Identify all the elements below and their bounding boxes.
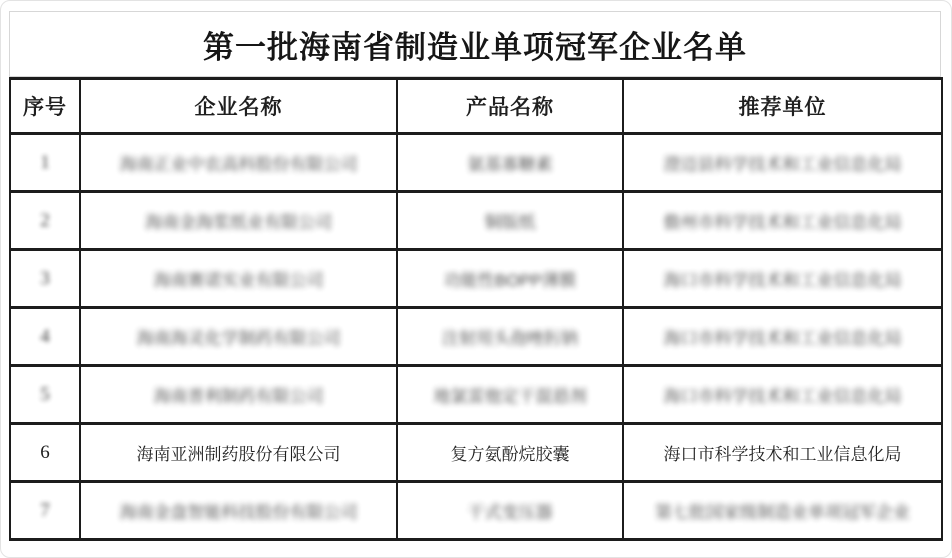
enterprise-cell: 海南金海浆纸业有限公司 [80, 192, 397, 250]
column-header-enterprise: 企业名称 [80, 79, 397, 134]
column-header-recommender: 推荐单位 [623, 79, 942, 134]
table-header: 序号 企业名称 产品名称 推荐单位 [10, 79, 942, 134]
product-cell: 氨基寡糖素 [397, 134, 623, 192]
serial-cell: 5 [10, 366, 80, 424]
serial-cell: 3 [10, 250, 80, 308]
serial-cell: 6 [10, 424, 80, 482]
recommender-cell: 海口市科学技术和工业信息化局 [623, 250, 942, 308]
enterprise-cell: 海南赛诺实业有限公司 [80, 250, 397, 308]
serial-text: 4 [40, 326, 50, 347]
document-page: 第一批海南省制造业单项冠军企业名单 序号 企业名称 产品名称 推荐单位 1 海南… [0, 0, 952, 558]
serial-text: 2 [40, 210, 50, 231]
product-text: 铜版纸 [485, 213, 536, 232]
product-cell: 干式变压器 [397, 482, 623, 540]
enterprise-cell: 海南普利制药有限公司 [80, 366, 397, 424]
serial-text: 3 [40, 268, 50, 289]
product-text: 干式变压器 [468, 503, 553, 522]
recommender-cell: 海口市科学技术和工业信息化局 [623, 424, 942, 482]
serial-text: 1 [40, 152, 50, 173]
recommender-cell: 澄迈县科学技术和工业信息化局 [623, 134, 942, 192]
column-header-product: 产品名称 [397, 79, 623, 134]
enterprise-text: 海南普利制药有限公司 [154, 387, 324, 406]
recommender-text: 海口市科学技术和工业信息化局 [664, 387, 902, 406]
recommender-text: 儋州市科学技术和工业信息化局 [664, 213, 902, 232]
table-body: 1 海南正业中农高科股份有限公司 氨基寡糖素 澄迈县科学技术和工业信息化局 2 … [10, 134, 942, 540]
product-cell: 功能性BOPP薄膜 [397, 250, 623, 308]
table-row: 3 海南赛诺实业有限公司 功能性BOPP薄膜 海口市科学技术和工业信息化局 [10, 250, 942, 308]
enterprise-text: 海南金盘智能科技股份有限公司 [120, 503, 358, 522]
enterprise-text: 海南金海浆纸业有限公司 [145, 213, 332, 232]
table-row: 5 海南普利制药有限公司 地氯雷他定干混悬剂 海口市科学技术和工业信息化局 [10, 366, 942, 424]
serial-text: 5 [40, 384, 50, 405]
table-title-box: 第一批海南省制造业单项冠军企业名单 [9, 11, 941, 77]
enterprise-text: 海南赛诺实业有限公司 [154, 271, 324, 290]
product-text: 氨基寡糖素 [468, 155, 553, 174]
table-row: 1 海南正业中农高科股份有限公司 氨基寡糖素 澄迈县科学技术和工业信息化局 [10, 134, 942, 192]
table-row: 6 海南亚洲制药股份有限公司 复方氨酚烷胶囊 海口市科学技术和工业信息化局 [10, 424, 942, 482]
product-cell: 注射用头孢唑肟钠 [397, 308, 623, 366]
product-cell: 地氯雷他定干混悬剂 [397, 366, 623, 424]
recommender-cell: 第七批国家级制造业单项冠军企业 [623, 482, 942, 540]
header-row: 序号 企业名称 产品名称 推荐单位 [10, 79, 942, 134]
table-row: 4 海南海灵化学制药有限公司 注射用头孢唑肟钠 海口市科学技术和工业信息化局 [10, 308, 942, 366]
recommender-text: 海口市科学技术和工业信息化局 [664, 329, 902, 348]
enterprise-text: 海南亚洲制药股份有限公司 [137, 445, 341, 464]
serial-cell: 1 [10, 134, 80, 192]
table-row: 7 海南金盘智能科技股份有限公司 干式变压器 第七批国家级制造业单项冠军企业 [10, 482, 942, 540]
enterprise-cell: 海南正业中农高科股份有限公司 [80, 134, 397, 192]
product-text: 注射用头孢唑肟钠 [442, 329, 578, 348]
recommender-cell: 海口市科学技术和工业信息化局 [623, 366, 942, 424]
serial-text: 7 [40, 500, 50, 521]
table-row: 2 海南金海浆纸业有限公司 铜版纸 儋州市科学技术和工业信息化局 [10, 192, 942, 250]
product-cell: 铜版纸 [397, 192, 623, 250]
champion-enterprise-table: 序号 企业名称 产品名称 推荐单位 1 海南正业中农高科股份有限公司 氨基寡糖素… [9, 77, 943, 541]
recommender-text: 第七批国家级制造业单项冠军企业 [655, 503, 910, 522]
recommender-text: 澄迈县科学技术和工业信息化局 [664, 155, 902, 174]
product-text: 复方氨酚烷胶囊 [451, 445, 570, 464]
recommender-text: 海口市科学技术和工业信息化局 [664, 445, 902, 464]
serial-cell: 4 [10, 308, 80, 366]
product-text: 功能性BOPP薄膜 [444, 271, 576, 290]
serial-text: 6 [40, 442, 50, 463]
serial-cell: 7 [10, 482, 80, 540]
product-text: 地氯雷他定干混悬剂 [434, 387, 587, 406]
enterprise-cell: 海南海灵化学制药有限公司 [80, 308, 397, 366]
product-cell: 复方氨酚烷胶囊 [397, 424, 623, 482]
enterprise-cell: 海南亚洲制药股份有限公司 [80, 424, 397, 482]
enterprise-cell: 海南金盘智能科技股份有限公司 [80, 482, 397, 540]
column-header-serial: 序号 [10, 79, 80, 134]
recommender-text: 海口市科学技术和工业信息化局 [664, 271, 902, 290]
recommender-cell: 儋州市科学技术和工业信息化局 [623, 192, 942, 250]
enterprise-text: 海南海灵化学制药有限公司 [137, 329, 341, 348]
recommender-cell: 海口市科学技术和工业信息化局 [623, 308, 942, 366]
page-title: 第一批海南省制造业单项冠军企业名单 [203, 22, 747, 67]
enterprise-text: 海南正业中农高科股份有限公司 [120, 155, 358, 174]
serial-cell: 2 [10, 192, 80, 250]
